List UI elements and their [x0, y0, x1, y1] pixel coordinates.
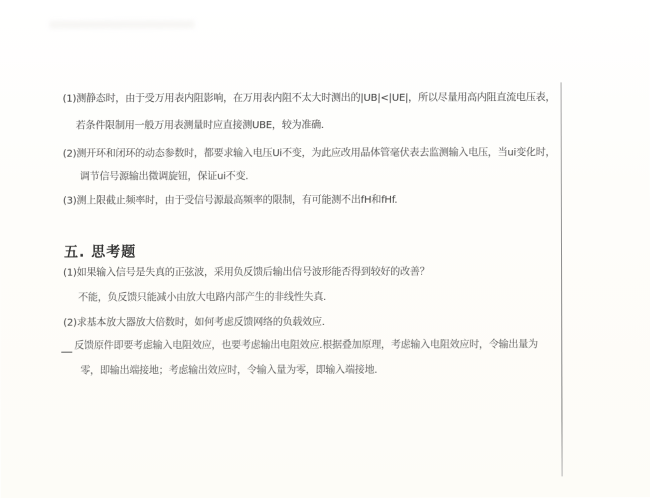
note-line: (3)测上限截止频率时，由于受信号源最高频率的限制，有可能测不出fH和fHf.: [63, 196, 398, 207]
note-line-continuation: 调节信号源输出微调旋钮，保证ui不变.: [80, 172, 249, 182]
answer-line: 反馈原件即要考虑输入电阻效应，也要考虑输出电阻效应.根据叠加原理，考虑输入电阻效…: [74, 340, 538, 351]
answer-line-continuation: 零，即输出端接地；考虑输出效应时，令输入量为零，即输入端接地.: [80, 366, 377, 377]
question-line: (2)求基本放大器放大倍数时，如何考虑反馈网络的负载效应.: [63, 318, 325, 329]
question-line: (1)如果输入信号是失真的正弦波，采用负反馈后输出信号波形能否得到较好的改善？: [63, 268, 430, 279]
answer-underline-mark: [61, 352, 72, 353]
page-margin-line: [561, 82, 563, 476]
scanned-page: (1)测静态时，由于受万用表内阻影响，在万用表内阻不太大时测出的|UB|<|UE…: [0, 0, 650, 498]
scan-artifact-smudge: [49, 20, 194, 28]
section-heading: 五. 思考题: [64, 241, 136, 261]
note-line: (2)测开环和闭环的动态参数时，都要求输入电压Ui不变，为此应改用晶体管毫伏表去…: [63, 148, 556, 159]
note-line-continuation: 若条件限制用一般万用表测量时应直接测UBE，较为准确.: [76, 121, 324, 132]
answer-line: 不能，负反馈只能减小由放大电路内部产生的非线性失真.: [78, 293, 326, 304]
note-line: (1)测静态时，由于受万用表内阻影响，在万用表内阻不太大时测出的|UB|<|UE…: [63, 93, 556, 104]
scanned-document-view: (1)测静态时，由于受万用表内阻影响，在万用表内阻不太大时测出的|UB|<|UE…: [0, 0, 650, 498]
